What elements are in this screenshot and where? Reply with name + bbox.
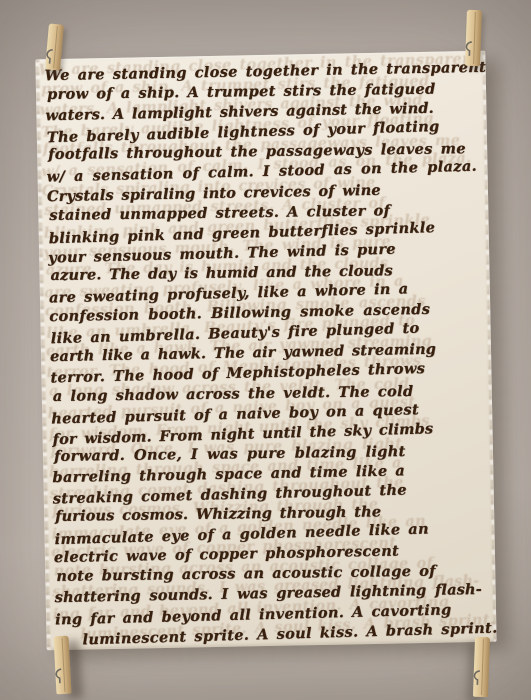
paper-sheet: We are standing close together in the tr… <box>35 51 496 651</box>
clothespin-bottom-right <box>473 637 490 697</box>
clothespin-seam <box>481 639 484 695</box>
clothespin-top-right <box>465 10 482 66</box>
clothespin-bottom-left <box>53 636 71 695</box>
clothespin-spring-wire-icon <box>43 48 54 65</box>
clothespin-spring-wire-icon <box>471 670 482 686</box>
clothespin-spring-wire-icon <box>53 668 64 685</box>
handwriting-text: We are standing close together in the tr… <box>45 58 492 650</box>
clothespin-spring-wire-icon <box>463 40 474 56</box>
photo-of-pinned-manuscript: We are standing close together in the tr… <box>0 0 531 700</box>
